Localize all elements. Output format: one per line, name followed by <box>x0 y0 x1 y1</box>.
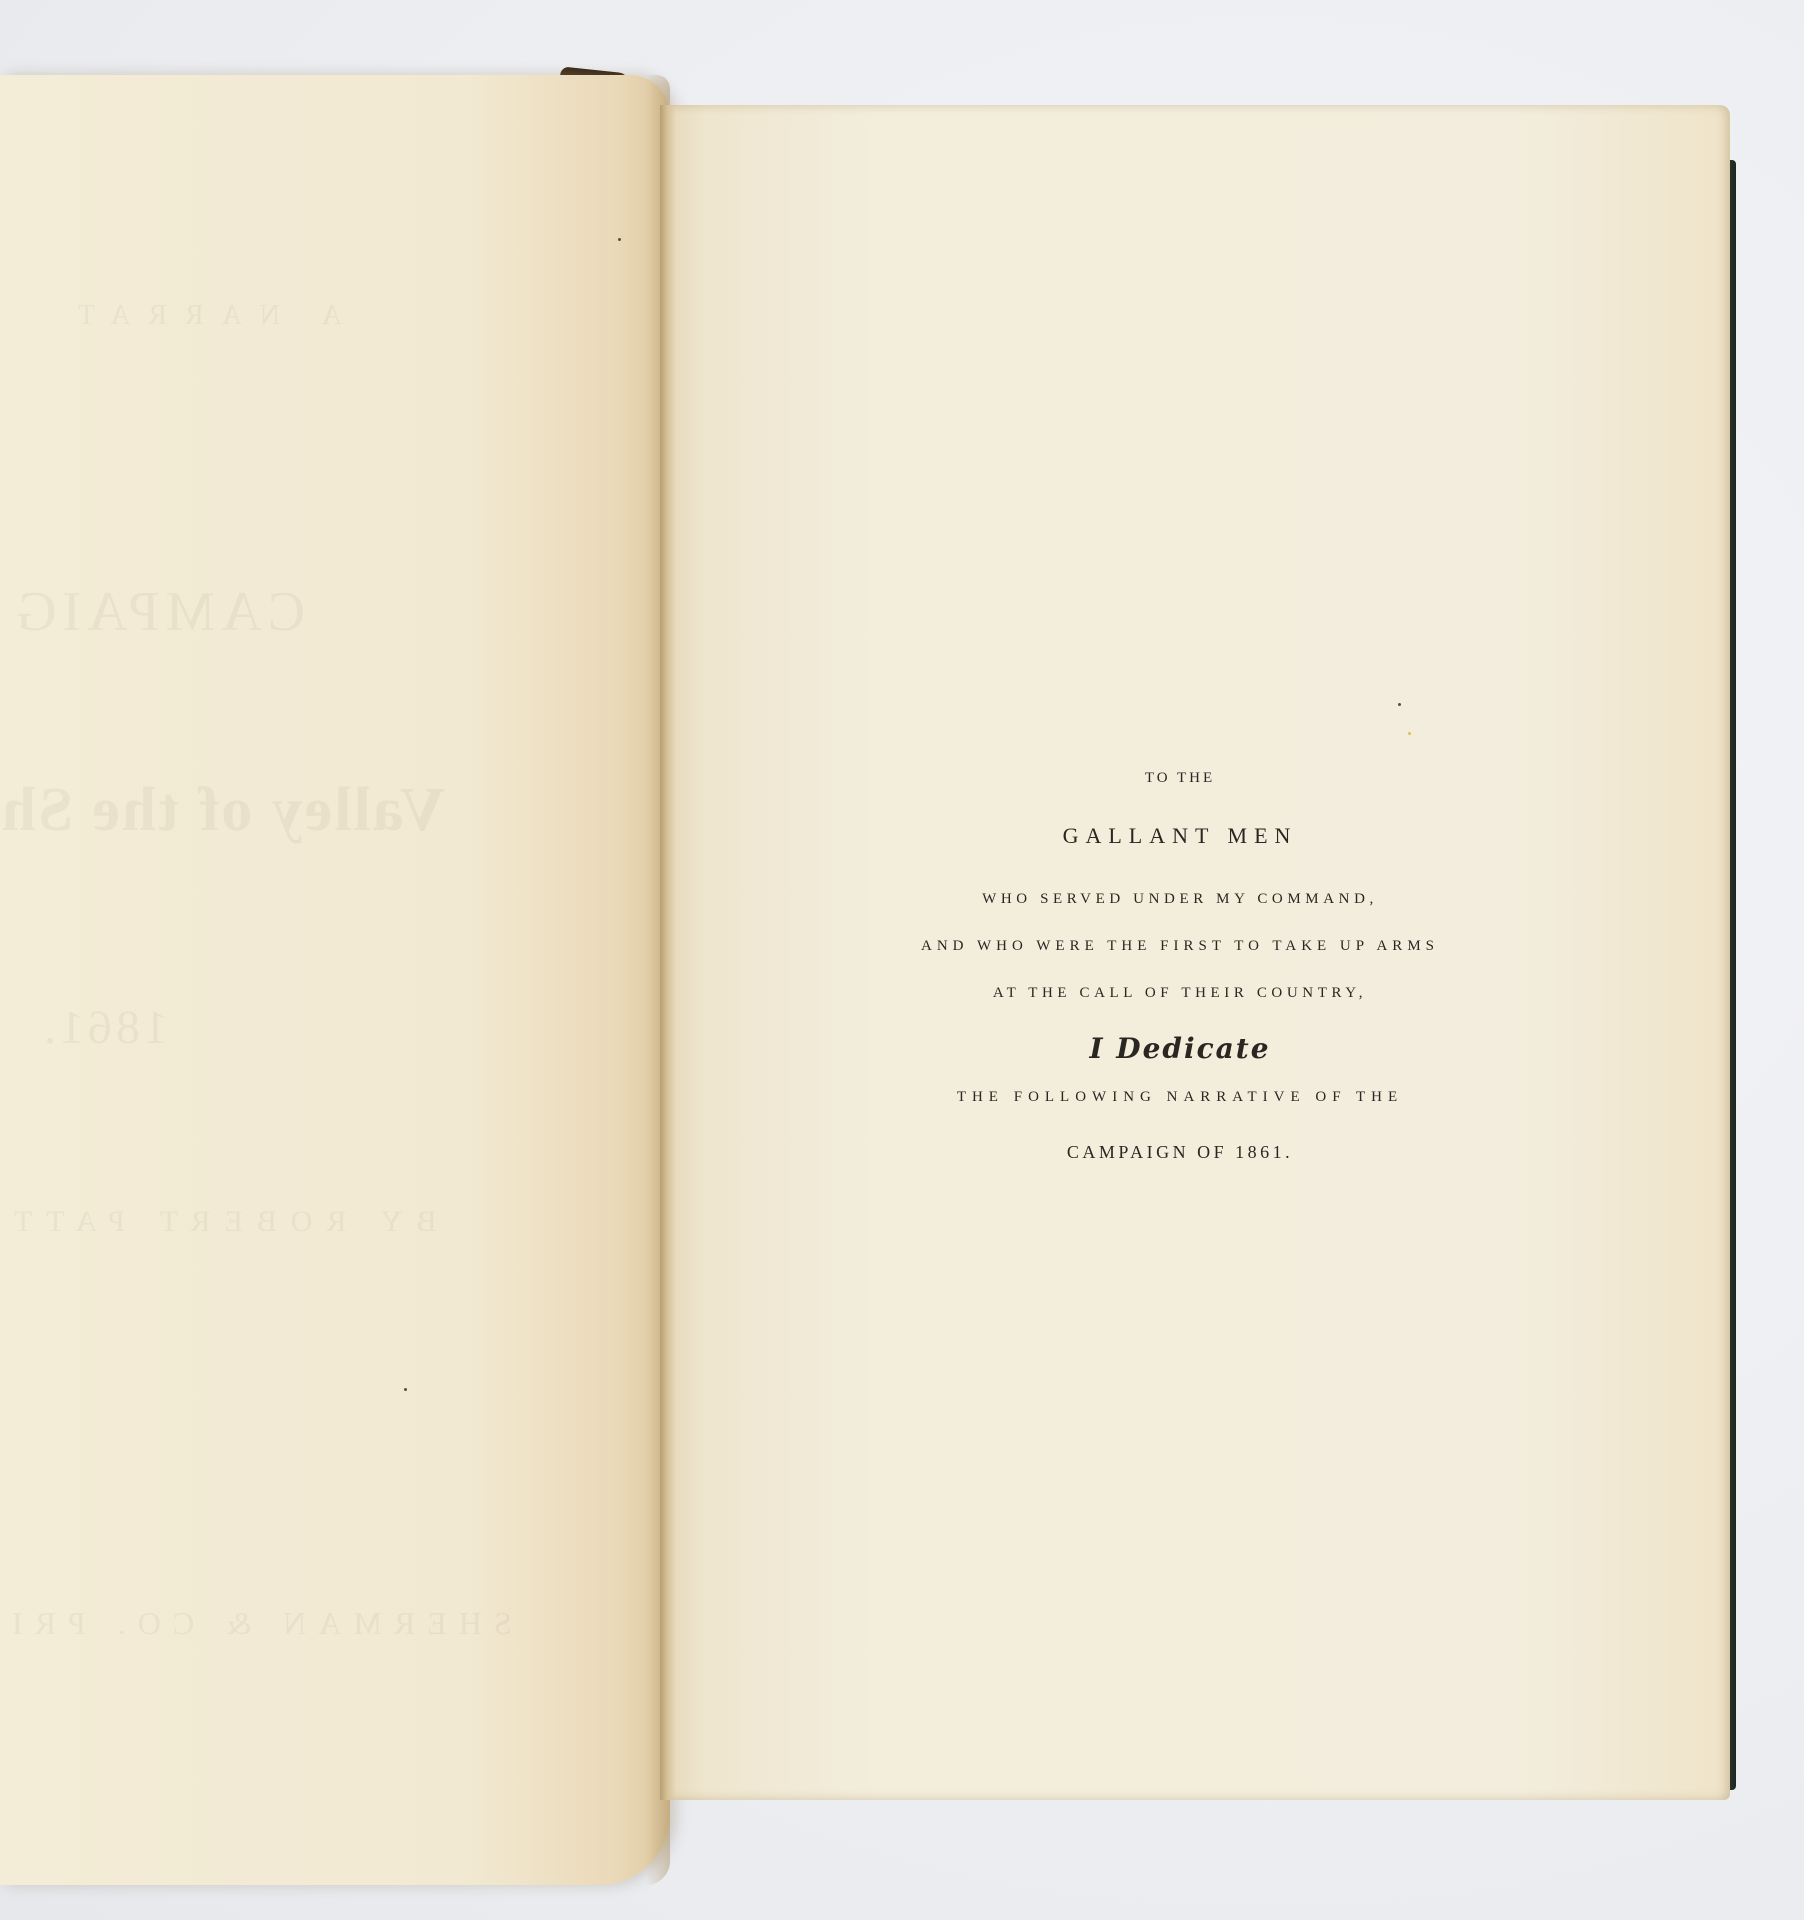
book-gutter <box>660 105 676 1800</box>
dedication-line-following-narrative: THE FOLLOWING NARRATIVE OF THE <box>820 1089 1540 1106</box>
bleed-through-text: 1861. <box>40 1000 168 1055</box>
dedication-line-to-the: TO THE <box>820 770 1540 787</box>
dedication-line-call-of-country: AT THE CALL OF THEIR COUNTRY, <box>820 985 1540 1002</box>
paper-speck <box>1398 703 1401 706</box>
dedication-block: TO THE GALLANT MEN WHO SERVED UNDER MY C… <box>820 770 1540 1163</box>
bleed-through-text: Valley of the Sh <box>0 775 445 846</box>
dedication-line-campaign-1861: CAMPAIGN OF 1861. <box>820 1142 1540 1163</box>
bleed-through-text: A NARRAT <box>60 300 342 332</box>
dedication-line-i-dedicate: I Dedicate <box>820 1032 1540 1065</box>
dedication-line-served: WHO SERVED UNDER MY COMMAND, <box>820 891 1540 908</box>
left-page: A NARRAT CAMPAIG Valley of the Sh 1861. … <box>0 75 670 1885</box>
dedication-line-first-to-arms: AND WHO WERE THE FIRST TO TAKE UP ARMS <box>820 938 1540 955</box>
dedication-line-gallant-men: GALLANT MEN <box>820 823 1540 849</box>
bleed-through-text: CAMPAIG <box>10 580 305 644</box>
paper-speck <box>1408 732 1411 735</box>
bleed-through-text: BY ROBERT PATT <box>0 1205 436 1239</box>
paper-speck <box>404 1388 407 1391</box>
bleed-through-text: SHERMAN & CO. PRI <box>0 1605 512 1642</box>
paper-speck <box>618 238 621 241</box>
